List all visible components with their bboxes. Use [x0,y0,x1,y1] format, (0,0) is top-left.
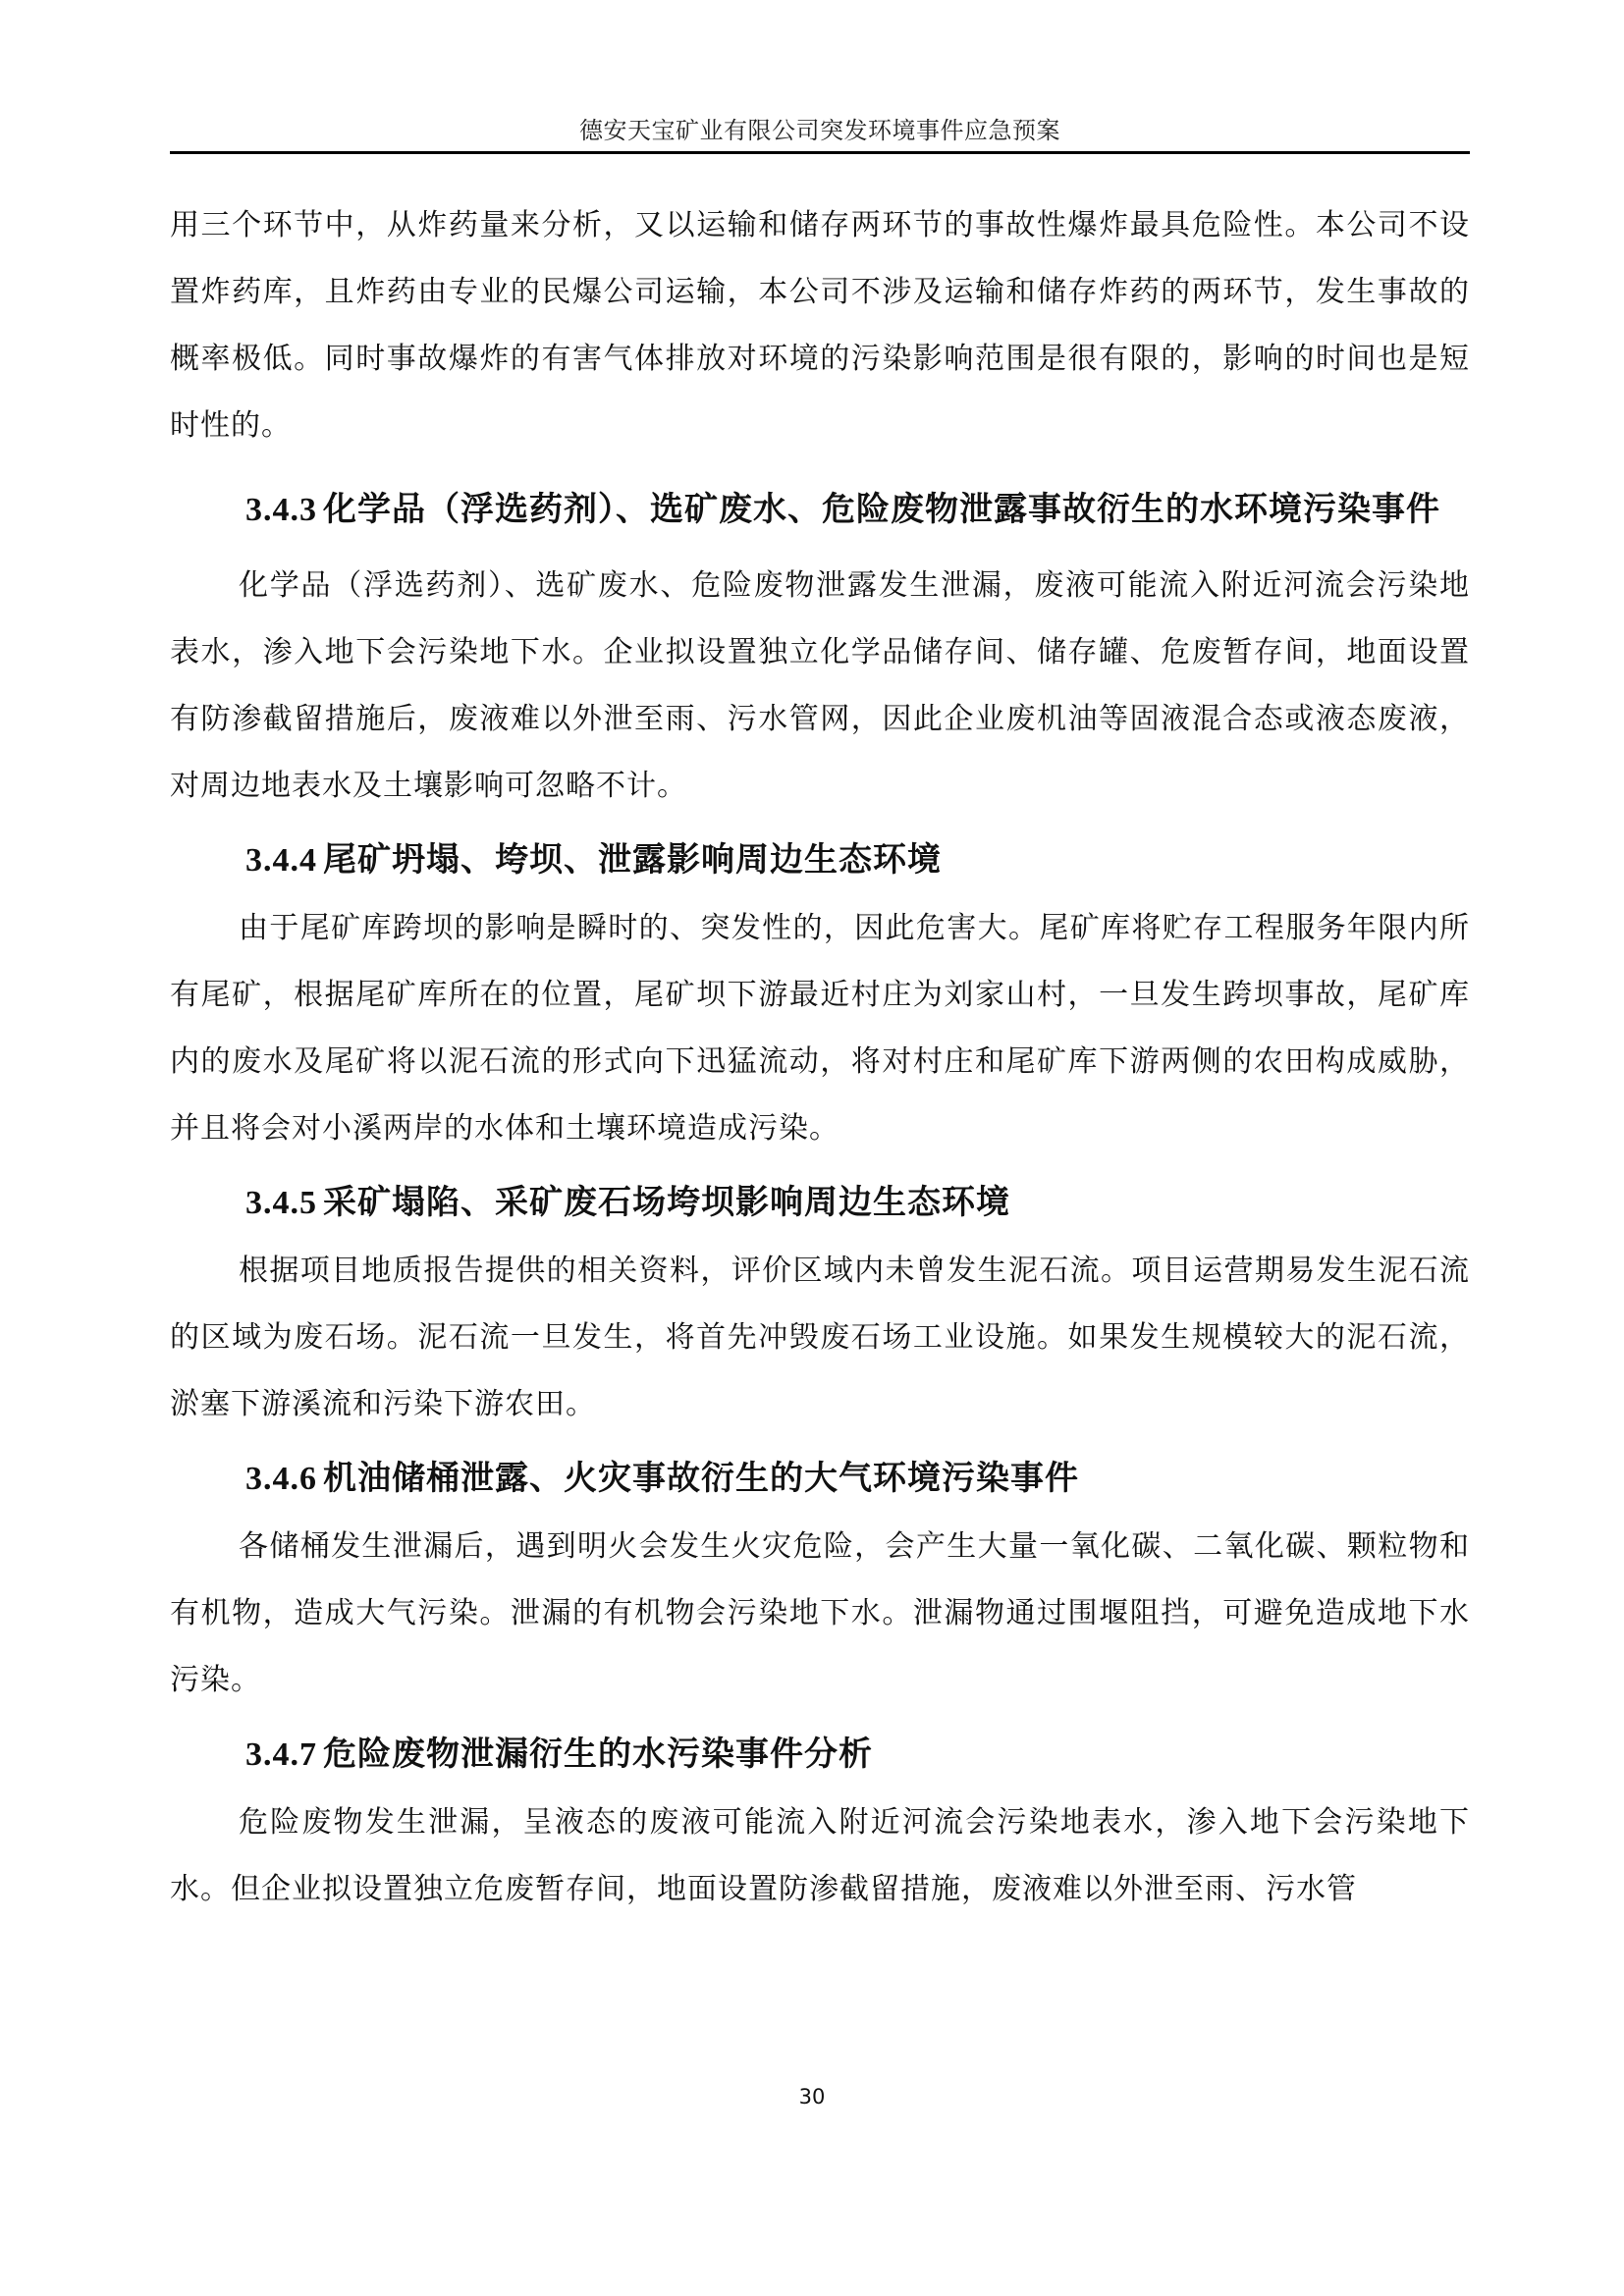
section-number: 3.4.7 [245,1736,317,1773]
section-title: 尾矿坍塌、垮坝、泄露影响周边生态环境 [323,840,942,880]
page-number: 30 [0,2085,1624,2109]
section-3-4-4: 3.4.4尾矿坍塌、垮坝、泄露影响周边生态环境 由于尾矿库跨坝的影响是瞬时的、突… [170,826,1470,1162]
header-divider [170,151,1470,154]
section-heading: 3.4.4尾矿坍塌、垮坝、泄露影响周边生态环境 [170,826,1470,895]
section-3-4-6: 3.4.6机油储桶泄露、火灾事故衍生的大气环境污染事件 各储桶发生泄漏后，遇到明… [170,1444,1470,1714]
section-body: 各储桶发生泄漏后，遇到明火会发生火灾危险，会产生大量一氧化碳、二氧化碳、颗粒物和… [170,1514,1470,1714]
section-title: 采矿塌陷、采矿废石场垮坝影响周边生态环境 [323,1183,1010,1222]
section-heading: 3.4.7危险废物泄漏衍生的水污染事件分析 [170,1720,1470,1789]
document-title: 德安天宝矿业有限公司突发环境事件应急预案 [170,116,1470,145]
section-body: 化学品（浮选药剂）、选矿废水、危险废物泄露发生泄漏，废液可能流入附近河流会污染地… [170,553,1470,820]
page-content: 用三个环节中，从炸药量来分析，又以运输和储存两环节的事故性爆炸最具危险性。本公司… [170,192,1470,1923]
section-body: 危险废物发生泄漏，呈液态的废液可能流入附近河流会污染地表水，渗入地下会污染地下水… [170,1789,1470,1923]
section-number: 3.4.6 [245,1461,317,1497]
section-title: 化学品（浮选药剂）、选矿废水、危险废物泄露事故衍生的水环境污染事件 [323,490,1440,529]
section-heading: 3.4.5采矿塌陷、采矿废石场垮坝影响周边生态环境 [170,1168,1470,1238]
section-number: 3.4.4 [245,842,317,879]
section-title: 危险废物泄漏衍生的水污染事件分析 [323,1735,873,1774]
section-3-4-7: 3.4.7危险废物泄漏衍生的水污染事件分析 危险废物发生泄漏，呈液态的废液可能流… [170,1720,1470,1923]
section-3-4-3: 3.4.3化学品（浮选药剂）、选矿废水、危险废物泄露事故衍生的水环境污染事件 化… [170,467,1470,820]
section-3-4-5: 3.4.5采矿塌陷、采矿废石场垮坝影响周边生态环境 根据项目地质报告提供的相关资… [170,1168,1470,1438]
section-body: 根据项目地质报告提供的相关资料，评价区域内未曾发生泥石流。项目运营期易发生泥石流… [170,1238,1470,1438]
section-body: 由于尾矿库跨坝的影响是瞬时的、突发性的，因此危害大。尾矿库将贮存工程服务年限内所… [170,895,1470,1162]
section-number: 3.4.3 [245,492,317,528]
section-number: 3.4.5 [245,1185,317,1221]
section-heading: 3.4.3化学品（浮选药剂）、选矿废水、危险废物泄露事故衍生的水环境污染事件 [170,467,1470,553]
section-heading: 3.4.6机油储桶泄露、火灾事故衍生的大气环境污染事件 [170,1444,1470,1514]
section-title: 机油储桶泄露、火灾事故衍生的大气环境污染事件 [323,1459,1079,1498]
intro-paragraph: 用三个环节中，从炸药量来分析，又以运输和储存两环节的事故性爆炸最具危险性。本公司… [170,192,1470,459]
